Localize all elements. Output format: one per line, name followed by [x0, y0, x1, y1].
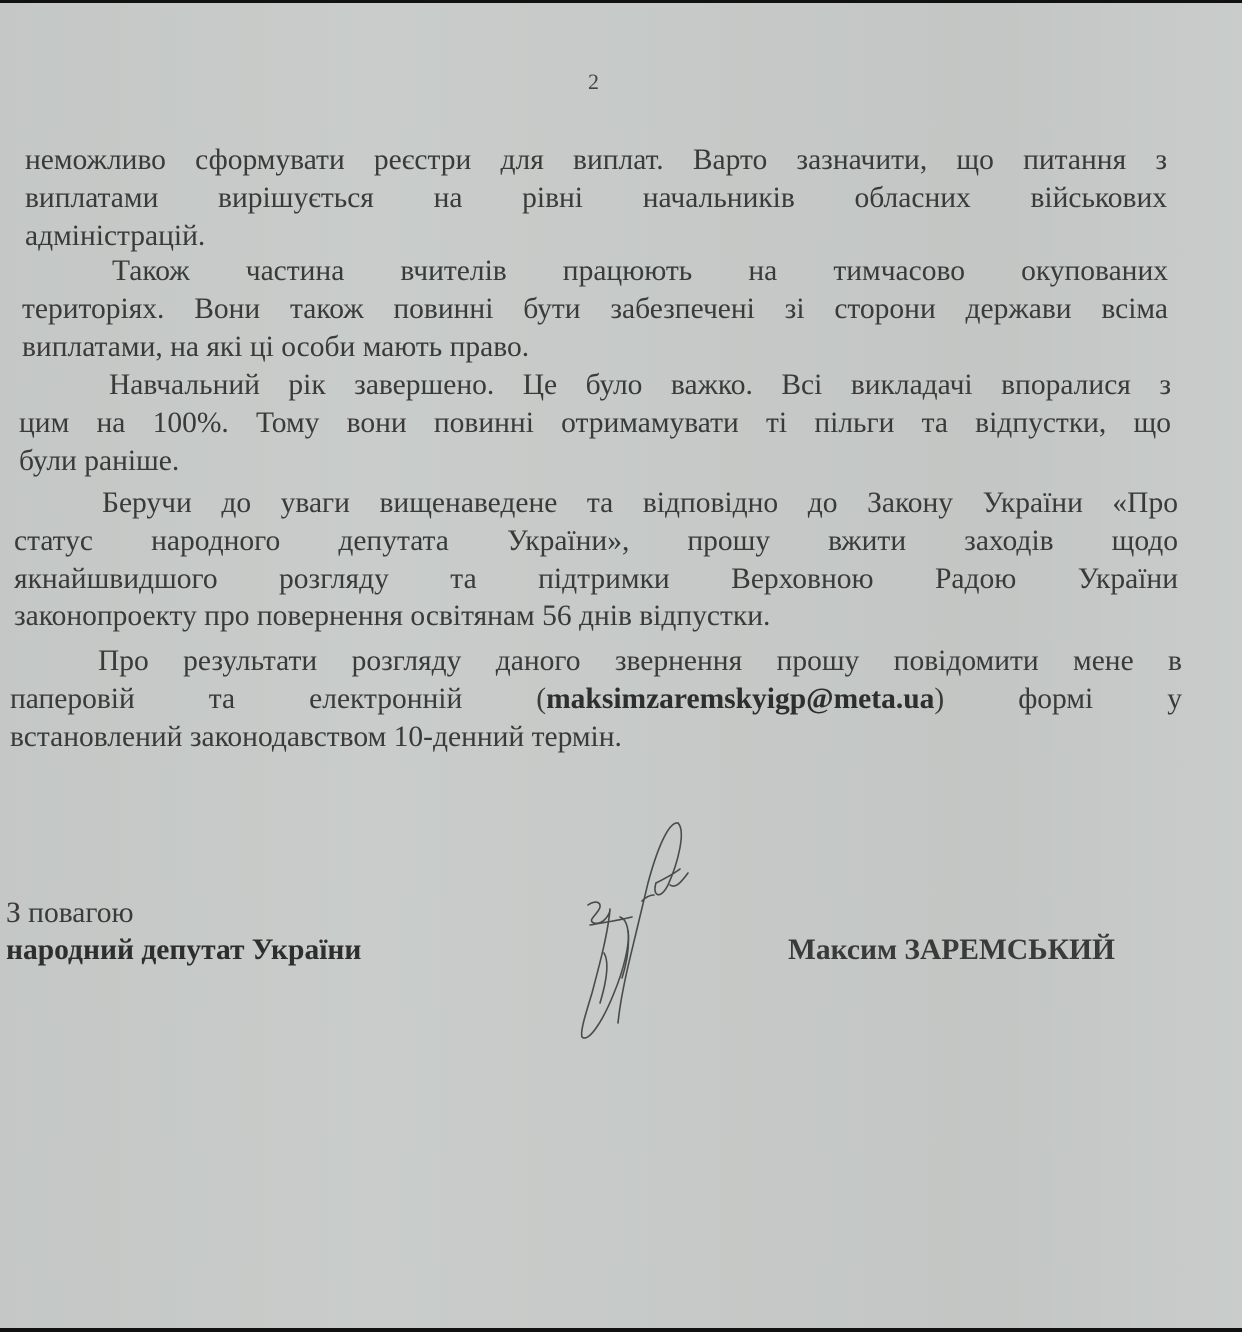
email-address[interactable]: maksimzaremskyigp@meta.ua: [546, 683, 934, 715]
signatory-name: Максим ЗАРЕМСЬКИЙ: [788, 932, 1115, 969]
paragraph-line: Також частина вчителів працюють на тимча…: [112, 253, 1168, 291]
text-word: у: [1167, 681, 1182, 719]
text-word: електронній: [309, 681, 462, 719]
paragraph-line: паперовій та електронній (maksimzaremsky…: [10, 681, 1182, 719]
paragraph-3: Навчальний рік завершено. Це було важко.…: [19, 367, 1171, 480]
text-word: паперовій: [10, 681, 135, 719]
paragraph-5: Про результати розгляду даного звернення…: [10, 643, 1182, 756]
paragraph-2: Також частина вчителів працюють на тимча…: [22, 253, 1168, 366]
paragraph-line: законопроекту про повернення освітянам 5…: [14, 598, 1178, 636]
document-page: 2 неможливо сформувати реєстри для випла…: [0, 3, 1242, 1328]
paragraph-line: встановлений законодавством 10-денний те…: [10, 719, 1182, 757]
paragraph-line: адміністрацій.: [25, 218, 1167, 256]
paragraph-line: територіях. Вони також повинні бути забе…: [22, 291, 1168, 329]
paragraph-line: якнайшвидшого розгляду та підтримки Верх…: [14, 561, 1178, 599]
paragraph-line: були раніше.: [19, 443, 1171, 481]
email-group: (maksimzaremskyigp@meta.ua): [536, 681, 944, 719]
paragraph-line: Про результати розгляду даного звернення…: [98, 643, 1182, 681]
paragraph-line: виплатами вирішується на рівні начальник…: [25, 180, 1167, 218]
paragraph-line: статус народного депутата України», прош…: [14, 523, 1178, 561]
closing-position: народний депутат України: [6, 932, 361, 969]
text-word: та: [209, 681, 235, 719]
paragraph-line: неможливо сформувати реєстри для виплат.…: [25, 142, 1167, 180]
paragraph-line: виплатами, на які ці особи мають право.: [22, 329, 1168, 367]
paragraph-line: Навчальний рік завершено. Це було важко.…: [109, 367, 1171, 405]
closing-block: З повагою народний депутат України: [6, 895, 361, 969]
paragraph-line: цим на 100%. Тому вони повинні отримамув…: [19, 405, 1171, 443]
signature-icon: [560, 813, 700, 1043]
closing-salutation: З повагою: [6, 895, 361, 932]
paragraph-4: Беручи до уваги вищенаведене та відповід…: [14, 485, 1178, 636]
text-word: формі: [1018, 681, 1093, 719]
paragraph-1: неможливо сформувати реєстри для виплат.…: [25, 142, 1167, 255]
paragraph-line: Беручи до уваги вищенаведене та відповід…: [102, 485, 1178, 523]
page-number: 2: [588, 69, 599, 95]
